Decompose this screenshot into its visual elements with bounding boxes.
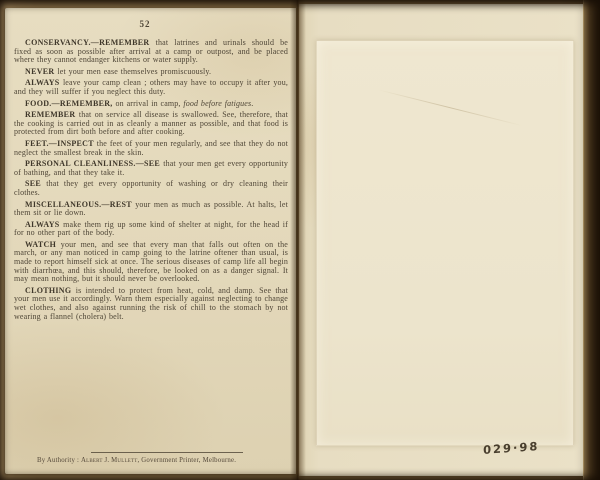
paragraph: FOOD.—REMEMBER, on arrival in camp, food… — [14, 100, 288, 109]
pastedown-impression — [316, 40, 574, 446]
printer-imprint: By Authority : Albert J. Mullett, Govern… — [37, 457, 236, 464]
paragraph-segment: on arrival in camp, — [116, 99, 184, 108]
paragraph: ALWAYS make them rig up some kind of she… — [14, 221, 288, 238]
handwritten-mark: 029·98 — [483, 439, 539, 457]
page-body-text: CONSERVANCY.—REMEMBER that latrines and … — [14, 39, 288, 321]
cover-edge-right — [583, 0, 600, 480]
paragraph-segment: . — [251, 99, 253, 108]
paragraph: WATCH your men, and see that every man t… — [14, 241, 288, 284]
binding-gutter-shadow — [290, 0, 306, 480]
left-page-inner: 52 CONSERVANCY.—REMEMBER that latrines a… — [14, 8, 288, 474]
paper-crease — [377, 89, 523, 126]
paragraph: CLOTHING is intended to protect from hea… — [14, 287, 288, 321]
book-scan: 52 CONSERVANCY.—REMEMBER that latrines a… — [0, 0, 600, 480]
paragraph: NEVER let your men ease themselves promi… — [14, 68, 288, 77]
paragraph: SEE that they get every opportunity of w… — [14, 180, 288, 197]
imprint-rule — [91, 452, 243, 453]
left-page: 52 CONSERVANCY.—REMEMBER that latrines a… — [5, 8, 296, 474]
paragraph-segment: food before fatigues — [183, 99, 251, 108]
imprint-suffix: Government Printer, Melbourne. — [139, 457, 236, 464]
paragraph: PERSONAL CLEANLINESS.—SEE that your men … — [14, 160, 288, 177]
paragraph: MISCELLANEOUS.—REST your men as much as … — [14, 201, 288, 218]
paragraph-segment: NEVER — [25, 67, 57, 76]
paragraph: FEET.—INSPECT the feet of your men regul… — [14, 140, 288, 157]
imprint-printer-name: Albert J. Mullett, — [81, 457, 139, 464]
paragraph-segment: that they get every opportunity of washi… — [14, 179, 288, 197]
paragraph: ALWAYS leave your camp clean ; others ma… — [14, 79, 288, 96]
paragraph: REMEMBER that on service all disease is … — [14, 111, 288, 137]
paragraph-segment: let your men ease themselves promiscuous… — [57, 67, 211, 76]
right-page-blank: 029·98 — [299, 4, 584, 476]
imprint-prefix: By Authority : — [37, 457, 81, 464]
paragraph: CONSERVANCY.—REMEMBER that latrines and … — [14, 39, 288, 65]
paragraph-segment: FOOD.—REMEMBER, — [25, 99, 116, 108]
page-number: 52 — [8, 19, 282, 29]
